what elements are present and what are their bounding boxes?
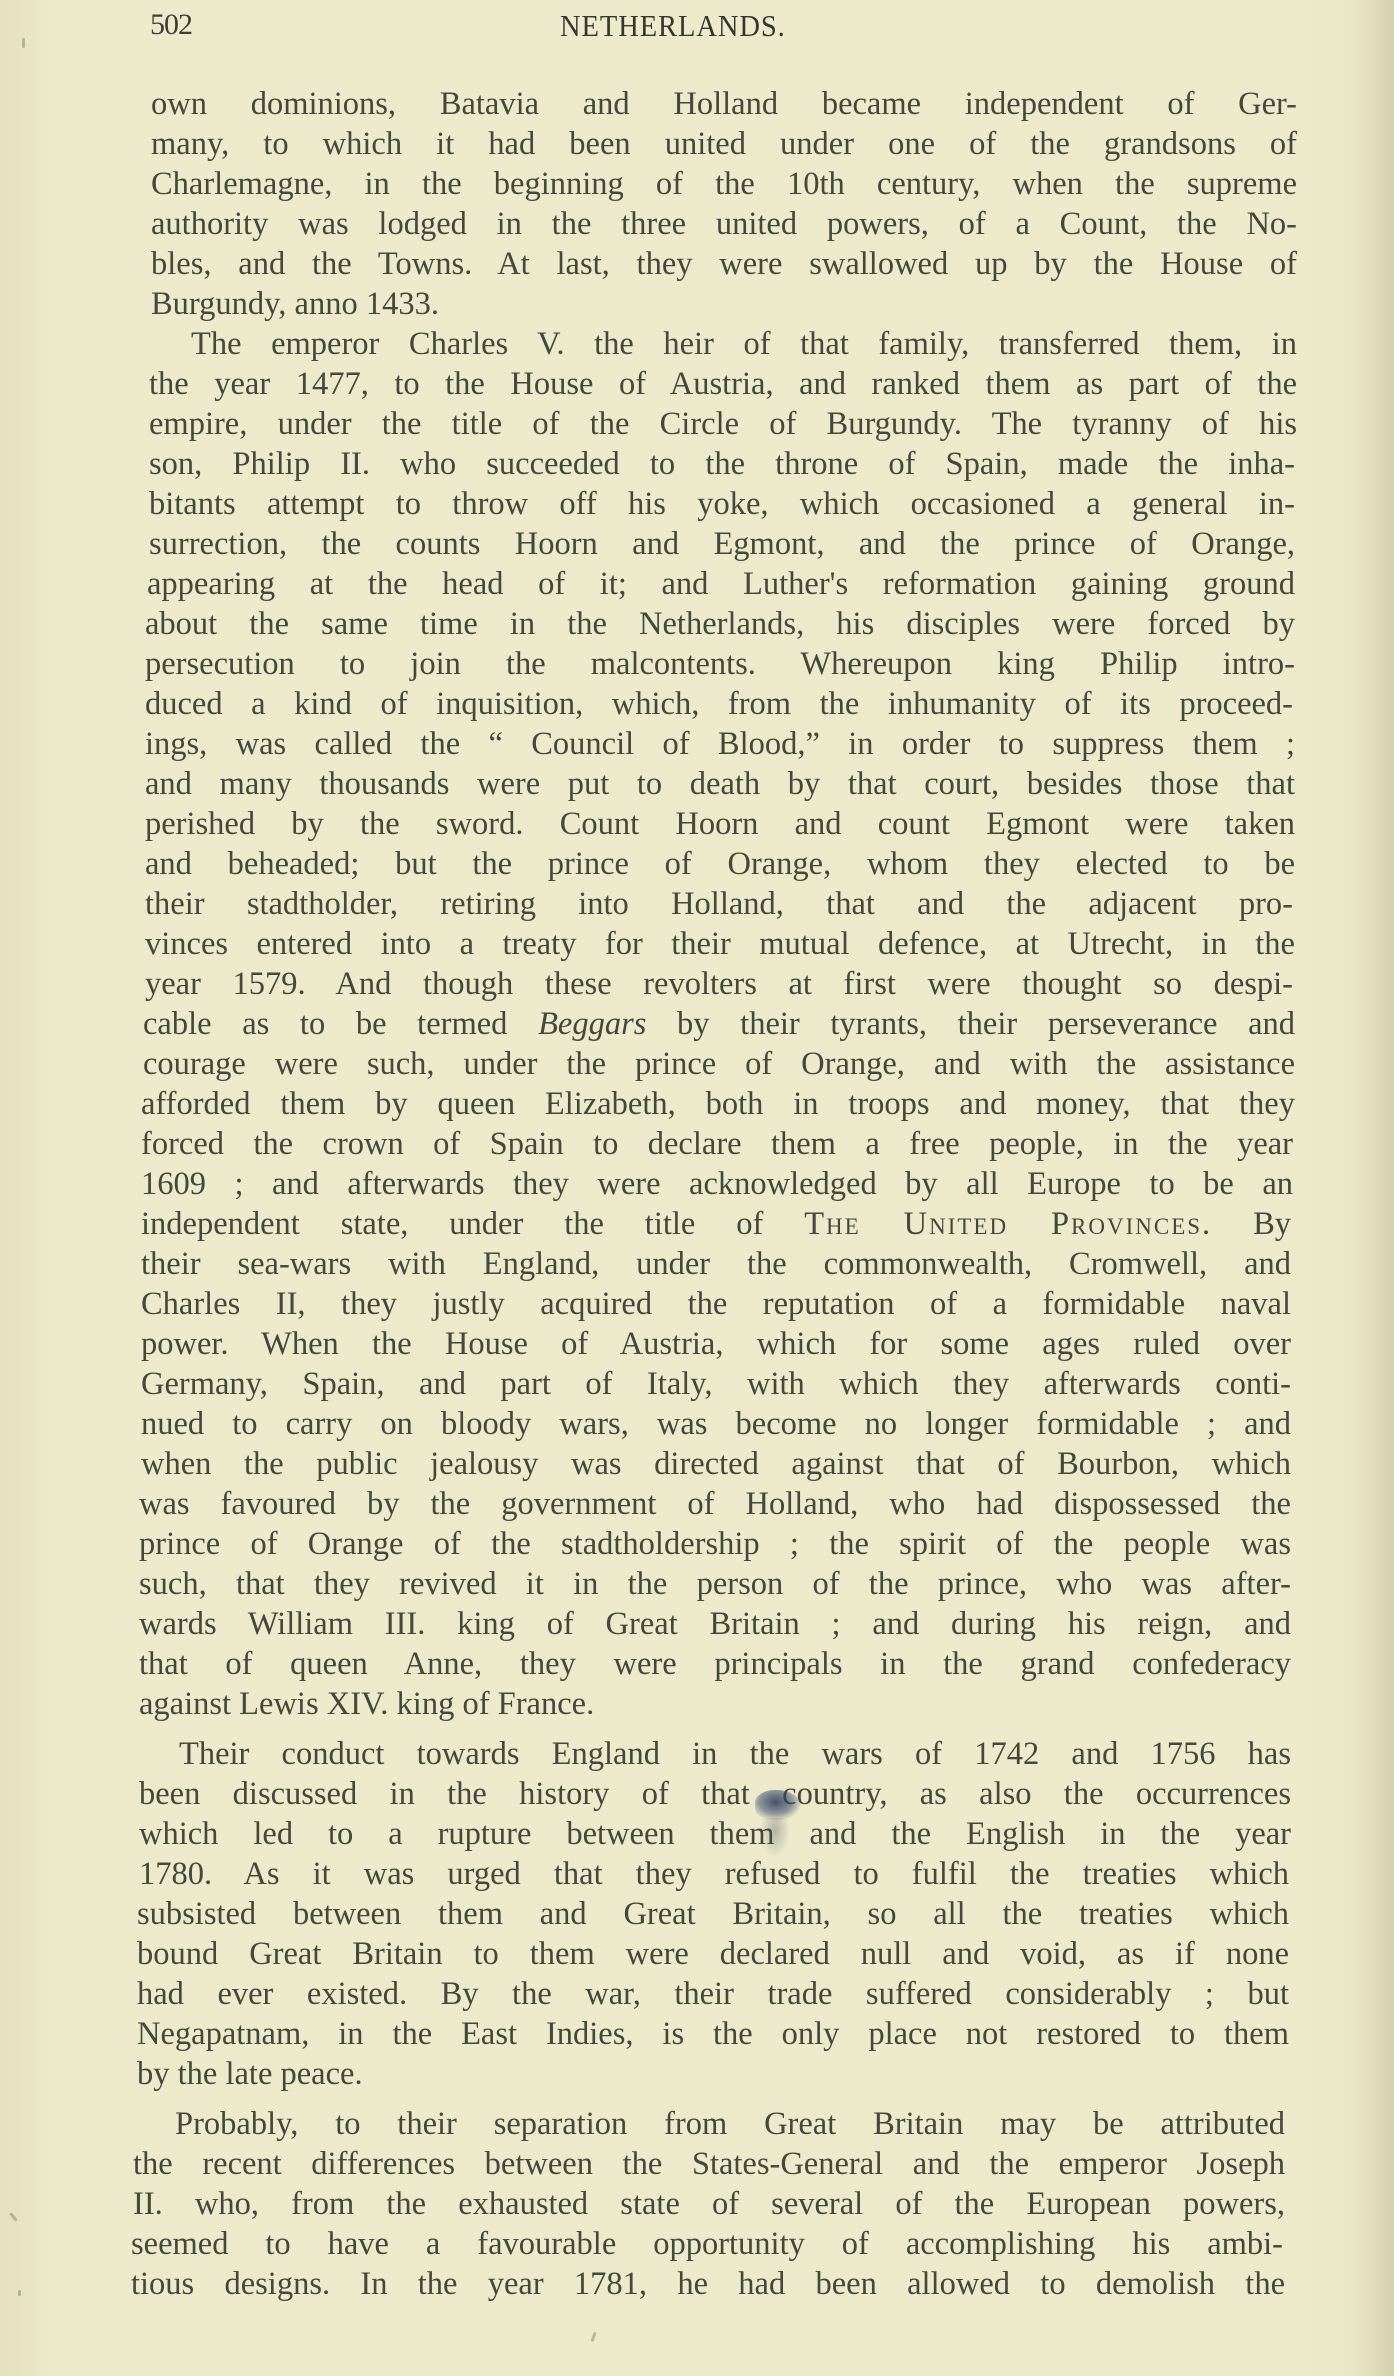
text-segment: cable as to be termed [143, 1006, 538, 1042]
text-line: that of queen Anne, they were principals… [139, 1646, 1291, 1682]
text-line: tious designs. In the year 1781, he had … [131, 2266, 1285, 2302]
paper-speck [590, 2332, 596, 2342]
text-line: Their conduct towards England in the war… [179, 1736, 1291, 1772]
text-line: bles, and the Towns. At last, they were … [151, 246, 1297, 282]
text-line: son, Philip II. who succeeded to the thr… [149, 446, 1295, 482]
text-line: the recent differences between the State… [133, 2146, 1285, 2182]
text-segment: By [1212, 1206, 1291, 1242]
text-line: nued to carry on bloody wars, was become… [141, 1406, 1291, 1442]
text-line: bound Great Britain to them were declare… [137, 1936, 1289, 1972]
text-line: forced the crown of Spain to declare the… [141, 1126, 1293, 1162]
ink-smear-stain [760, 1818, 790, 1858]
text-line: wards William III. king of Great Britain… [139, 1606, 1291, 1642]
text-line: cable as to be termed Beggars by their t… [143, 1006, 1295, 1042]
text-line: and many thousands were put to death by … [145, 766, 1295, 802]
text-line: empire, under the title of the Circle of… [149, 406, 1297, 442]
text-line: about the same time in the Netherlands, … [145, 606, 1295, 642]
text-line: Charles II, they justly acquired the rep… [141, 1286, 1291, 1322]
text-line: Probably, to their separation from Great… [175, 2106, 1285, 2142]
text-line: power. When the House of Austria, which … [141, 1326, 1291, 1362]
text-line: duced a kind of inquisition, which, from… [145, 686, 1293, 722]
text-line: was favoured by the government of Hollan… [139, 1486, 1291, 1522]
text-line: year 1579. And though these revolters at… [145, 966, 1293, 1002]
text-line: their stadtholder, retiring into Holland… [145, 886, 1293, 922]
text-line: 1609 ; and afterwards they were acknowle… [141, 1166, 1293, 1202]
text-line: Germany, Spain, and part of Italy, with … [141, 1366, 1291, 1402]
text-line: persecution to join the malcontents. Whe… [145, 646, 1295, 682]
text-line: seemed to have a favourable opportunity … [131, 2226, 1283, 2262]
text-line: authority was lodged in the three united… [151, 206, 1297, 242]
text-line: been discussed in the history of that co… [139, 1776, 1291, 1812]
text-line: ings, was called the “ Council of Blood,… [145, 726, 1295, 762]
text-line: Burgundy, anno 1433. [151, 286, 511, 322]
text-line: appearing at the head of it; and Luther'… [147, 566, 1295, 602]
text-line: Negapatnam, in the East Indies, is the o… [137, 2016, 1289, 2052]
text-line: such, that they revived it in the person… [139, 1566, 1291, 1602]
text-line: which led to a rupture between them and … [139, 1816, 1291, 1852]
paper-speck [18, 2290, 21, 2296]
text-line: perished by the sword. Count Hoorn and c… [145, 806, 1295, 842]
text-line: vinces entered into a treaty for their m… [145, 926, 1295, 962]
text-line: had ever existed. By the war, their trad… [137, 1976, 1289, 2012]
text-line: by the late peace. [137, 2056, 437, 2092]
text-line: bitants attempt to throw off his yoke, w… [149, 486, 1295, 522]
ink-blot-stain [755, 1790, 801, 1820]
text-line: subsisted between them and Great Britain… [137, 1896, 1289, 1932]
running-head-title: NETHERLANDS. [560, 8, 786, 44]
page-header: 502 NETHERLANDS. [150, 8, 1300, 48]
text-line: prince of Orange of the stadtholdership … [139, 1526, 1291, 1562]
text-line: and beheaded; but the prince of Orange, … [145, 846, 1295, 882]
text-line: surrection, the counts Hoorn and Egmont,… [149, 526, 1295, 562]
paper-speck [22, 38, 25, 48]
text-segment: by their tyrants, their perseverance and [646, 1006, 1295, 1042]
text-line: II. who, from the exhausted state of sev… [133, 2186, 1285, 2222]
text-line: The emperor Charles V. the heir of that … [191, 326, 1297, 362]
text-line: Charlemagne, in the beginning of the 10t… [151, 166, 1297, 202]
text-line: their sea-wars with England, under the c… [141, 1246, 1291, 1282]
book-page: 502 NETHERLANDS. own dominions, Batavia … [0, 0, 1394, 2376]
text-line: the year 1477, to the House of Austria, … [149, 366, 1297, 402]
text-line: independent state, under the title of Th… [141, 1206, 1291, 1242]
text-line: afforded them by queen Elizabeth, both i… [141, 1086, 1295, 1122]
italic-word: Beggars [538, 1006, 646, 1042]
text-line: many, to which it had been united under … [151, 126, 1297, 162]
text-line: when the public jealousy was directed ag… [141, 1446, 1291, 1482]
text-line: against Lewis XIV. king of France. [139, 1686, 739, 1722]
text-segment: independent state, under the title of [141, 1206, 804, 1242]
text-line: courage were such, under the prince of O… [143, 1046, 1295, 1082]
page-number: 502 [150, 8, 192, 42]
paper-speck [9, 2212, 18, 2222]
smallcaps-title: The United Provinces. [804, 1206, 1212, 1242]
text-line: 1780. As it was urged that they refused … [139, 1856, 1289, 1892]
text-line: own dominions, Batavia and Holland becam… [151, 86, 1297, 122]
